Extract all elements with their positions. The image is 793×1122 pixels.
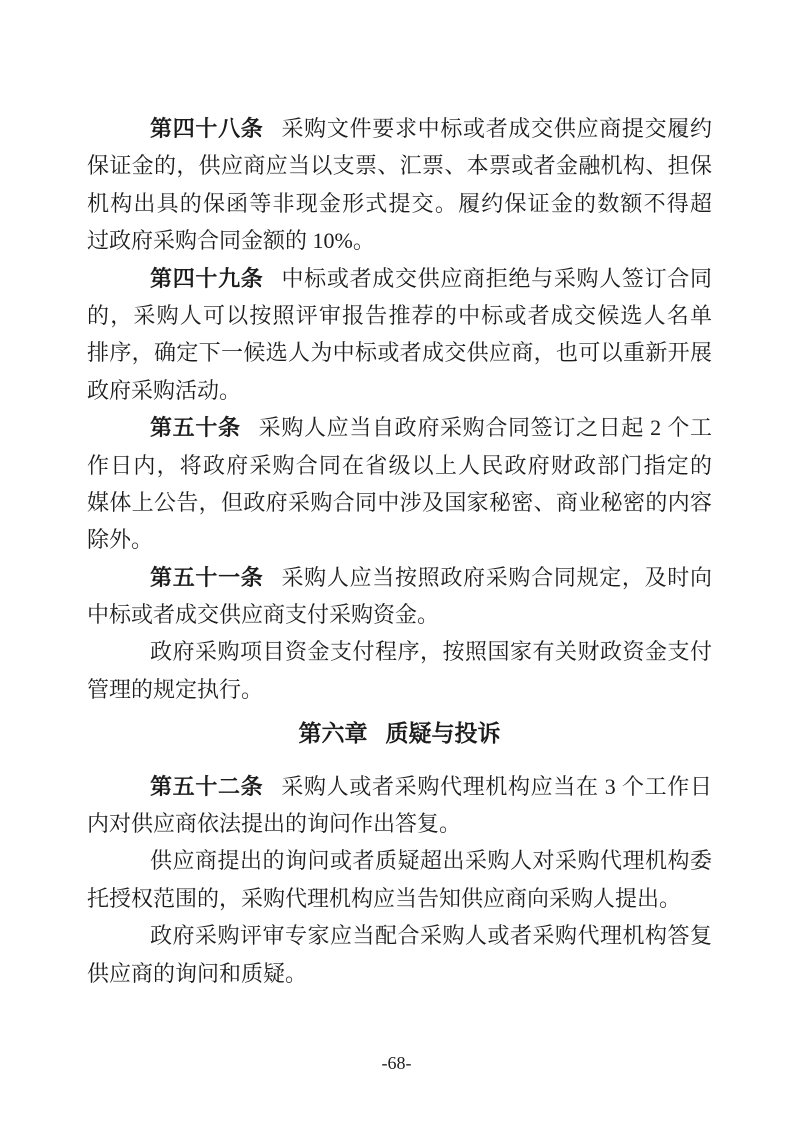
text-line: 媒体上公告，但政府采购合同中涉及国家秘密、商业秘密的内容 [87, 484, 712, 521]
chapter-title: 质疑与投诉 [386, 720, 501, 746]
text-line: 供应商提出的询问或者质疑超出采购人对采购代理机构委 [87, 842, 712, 879]
text-line: 的，采购人可以按照评审报告推荐的中标或者成交候选人名单 [87, 297, 712, 334]
article-number: 第五十一条 [150, 565, 263, 590]
text-line: 内对供应商依法提出的询问作出答复。 [87, 805, 712, 842]
article-number: 第四十九条 [150, 266, 263, 291]
paragraph: 供应商提出的询问或者质疑超出采购人对采购代理机构委托授权范围的，采购代理机构应当… [87, 842, 712, 917]
text-line: 除外。 [87, 521, 712, 558]
text-line: 作日内，将政府采购合同在省级以上人民政府财政部门指定的 [87, 447, 712, 484]
text-line: 供应商的询问和质疑。 [87, 955, 712, 992]
text-line: 保证金的，供应商应当以支票、汇票、本票或者金融机构、担保 [87, 147, 712, 184]
chapter-heading: 第六章质疑与投诉 [87, 715, 712, 752]
paragraph: 第五十条采购人应当自政府采购合同签订之日起 2 个工作日内，将政府采购合同在省级… [87, 409, 712, 559]
article-number: 第四十八条 [150, 116, 263, 141]
paragraph: 第五十二条采购人或者采购代理机构应当在 3 个工作日内对供应商依法提出的询问作出… [87, 768, 712, 843]
chapter-number: 第六章 [299, 720, 368, 746]
text-line: 政府采购评审专家应当配合采购人或者采购代理机构答复 [87, 917, 712, 954]
page-footer: -68- [0, 1052, 793, 1074]
text-line: 机构出具的保函等非现金形式提交。履约保证金的数额不得超 [87, 185, 712, 222]
document-page: 第四十八条采购文件要求中标或者成交供应商提交履约保证金的，供应商应当以支票、汇票… [0, 0, 793, 1122]
text-line: 中标或者成交供应商支付采购资金。 [87, 596, 712, 633]
text-line: 第四十九条中标或者成交供应商拒绝与采购人签订合同 [87, 260, 712, 297]
paragraph: 第四十九条中标或者成交供应商拒绝与采购人签订合同的，采购人可以按照评审报告推荐的… [87, 260, 712, 410]
text-line: 过政府采购合同金额的 10%。 [87, 222, 712, 259]
paragraph: 政府采购项目资金支付程序，按照国家有关财政资金支付管理的规定执行。 [87, 633, 712, 708]
paragraph: 第四十八条采购文件要求中标或者成交供应商提交履约保证金的，供应商应当以支票、汇票… [87, 110, 712, 260]
text-line: 管理的规定执行。 [87, 671, 712, 708]
text-line: 第五十一条采购人应当按照政府采购合同规定，及时向 [87, 559, 712, 596]
text-line: 第五十二条采购人或者采购代理机构应当在 3 个工作日 [87, 768, 712, 805]
text-line: 第五十条采购人应当自政府采购合同签订之日起 2 个工 [87, 409, 712, 446]
text-line: 政府采购活动。 [87, 372, 712, 409]
text-line: 托授权范围的，采购代理机构应当告知供应商向采购人提出。 [87, 880, 712, 917]
article-number: 第五十二条 [150, 774, 263, 799]
text-line: 第四十八条采购文件要求中标或者成交供应商提交履约 [87, 110, 712, 147]
text-line: 排序，确定下一候选人为中标或者成交供应商，也可以重新开展 [87, 334, 712, 371]
document-body: 第四十八条采购文件要求中标或者成交供应商提交履约保证金的，供应商应当以支票、汇票… [87, 110, 712, 992]
paragraph: 政府采购评审专家应当配合采购人或者采购代理机构答复供应商的询问和质疑。 [87, 917, 712, 992]
paragraph: 第五十一条采购人应当按照政府采购合同规定，及时向中标或者成交供应商支付采购资金。 [87, 559, 712, 634]
article-number: 第五十条 [150, 415, 241, 440]
text-line: 政府采购项目资金支付程序，按照国家有关财政资金支付 [87, 633, 712, 670]
page-number: -68- [382, 1053, 412, 1073]
